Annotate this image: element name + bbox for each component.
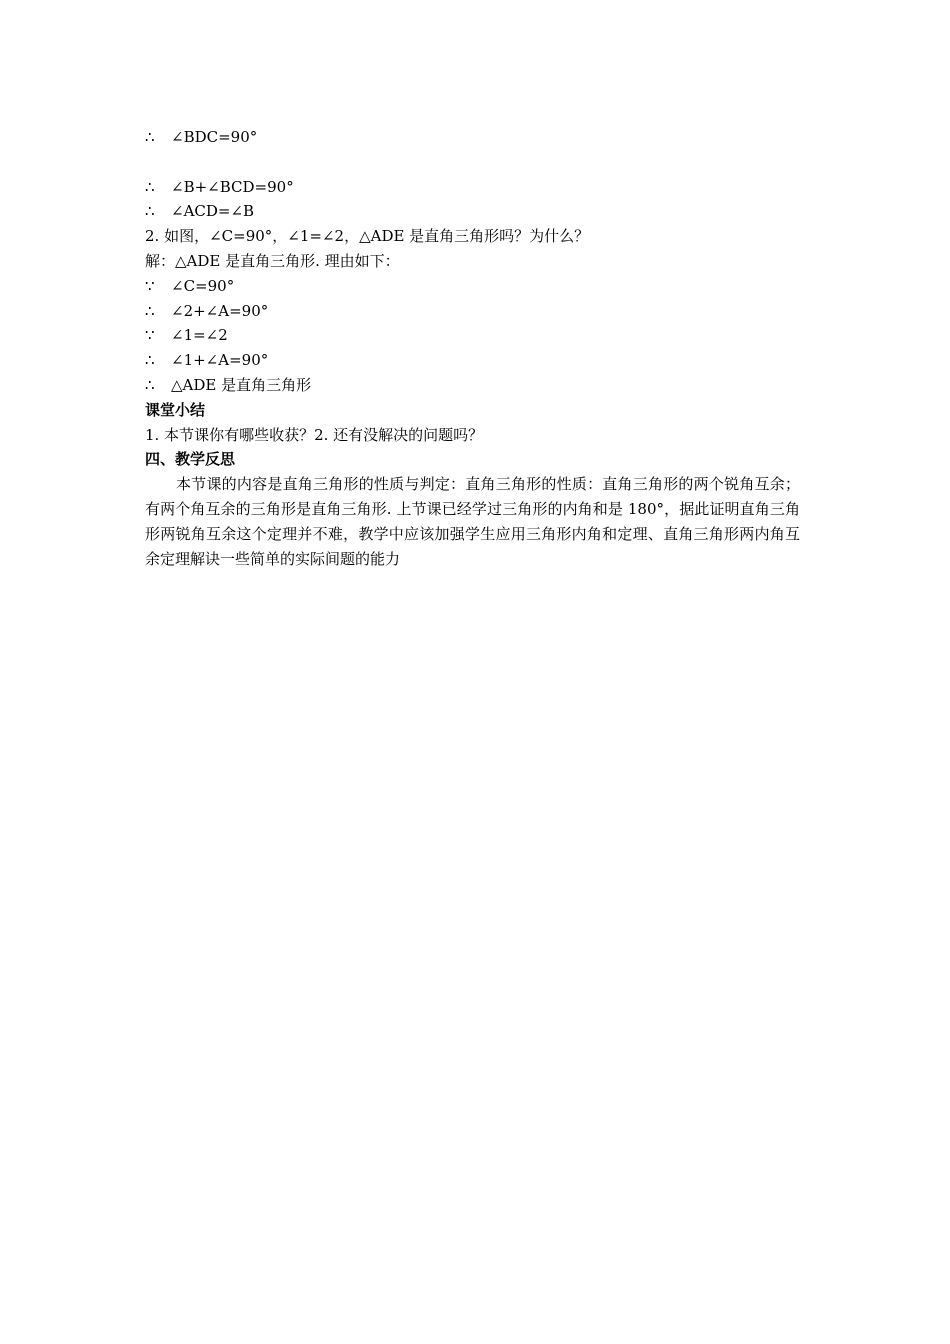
proof-step: ∴∠1+∠A=90°	[145, 348, 800, 373]
therefore-symbol: ∴	[145, 125, 171, 150]
blank-line	[145, 150, 800, 175]
proof-text: ∠C=90°	[171, 277, 234, 295]
because-symbol: ∵	[145, 323, 171, 348]
therefore-symbol: ∴	[145, 299, 171, 324]
proof-text: ∠1+∠A=90°	[171, 351, 268, 369]
proof-step: ∵∠1=∠2	[145, 323, 800, 348]
proof-text: ∠ACD=∠B	[171, 202, 254, 220]
proof-step: ∴∠2+∠A=90°	[145, 299, 800, 324]
proof-step: ∴∠B+∠BCD=90°	[145, 175, 800, 200]
proof-text: ∠2+∠A=90°	[171, 302, 268, 320]
because-symbol: ∵	[145, 274, 171, 299]
therefore-symbol: ∴	[145, 175, 171, 200]
solution-intro: 解：△ADE 是直角三角形. 理由如下：	[145, 249, 800, 274]
proof-step: ∴∠BDC=90°	[145, 125, 800, 150]
question-2: 2. 如图，∠C=90°，∠1=∠2，△ADE 是直角三角形吗？为什么？	[145, 224, 800, 249]
proof-text: ∠1=∠2	[171, 326, 228, 344]
document-page: ∴∠BDC=90° ∴∠B+∠BCD=90° ∴∠ACD=∠B 2. 如图，∠C…	[145, 125, 800, 571]
summary-heading: 课堂小结	[145, 398, 800, 423]
proof-step: ∴△ADE 是直角三角形	[145, 373, 800, 398]
proof-text: ∠B+∠BCD=90°	[171, 178, 294, 196]
summary-text: 1. 本节课你有哪些收获？2. 还有没解决的问题吗？	[145, 423, 800, 448]
therefore-symbol: ∴	[145, 348, 171, 373]
therefore-symbol: ∴	[145, 199, 171, 224]
proof-text: ∠BDC=90°	[171, 128, 257, 146]
therefore-symbol: ∴	[145, 373, 171, 398]
proof-step: ∵∠C=90°	[145, 274, 800, 299]
reflection-heading: 四、教学反思	[145, 447, 800, 472]
reflection-paragraph: 本节课的内容是直角三角形的性质与判定：直角三角形的性质：直角三角形的两个锐角互余…	[145, 472, 800, 571]
proof-step: ∴∠ACD=∠B	[145, 199, 800, 224]
proof-text: △ADE 是直角三角形	[171, 376, 311, 394]
